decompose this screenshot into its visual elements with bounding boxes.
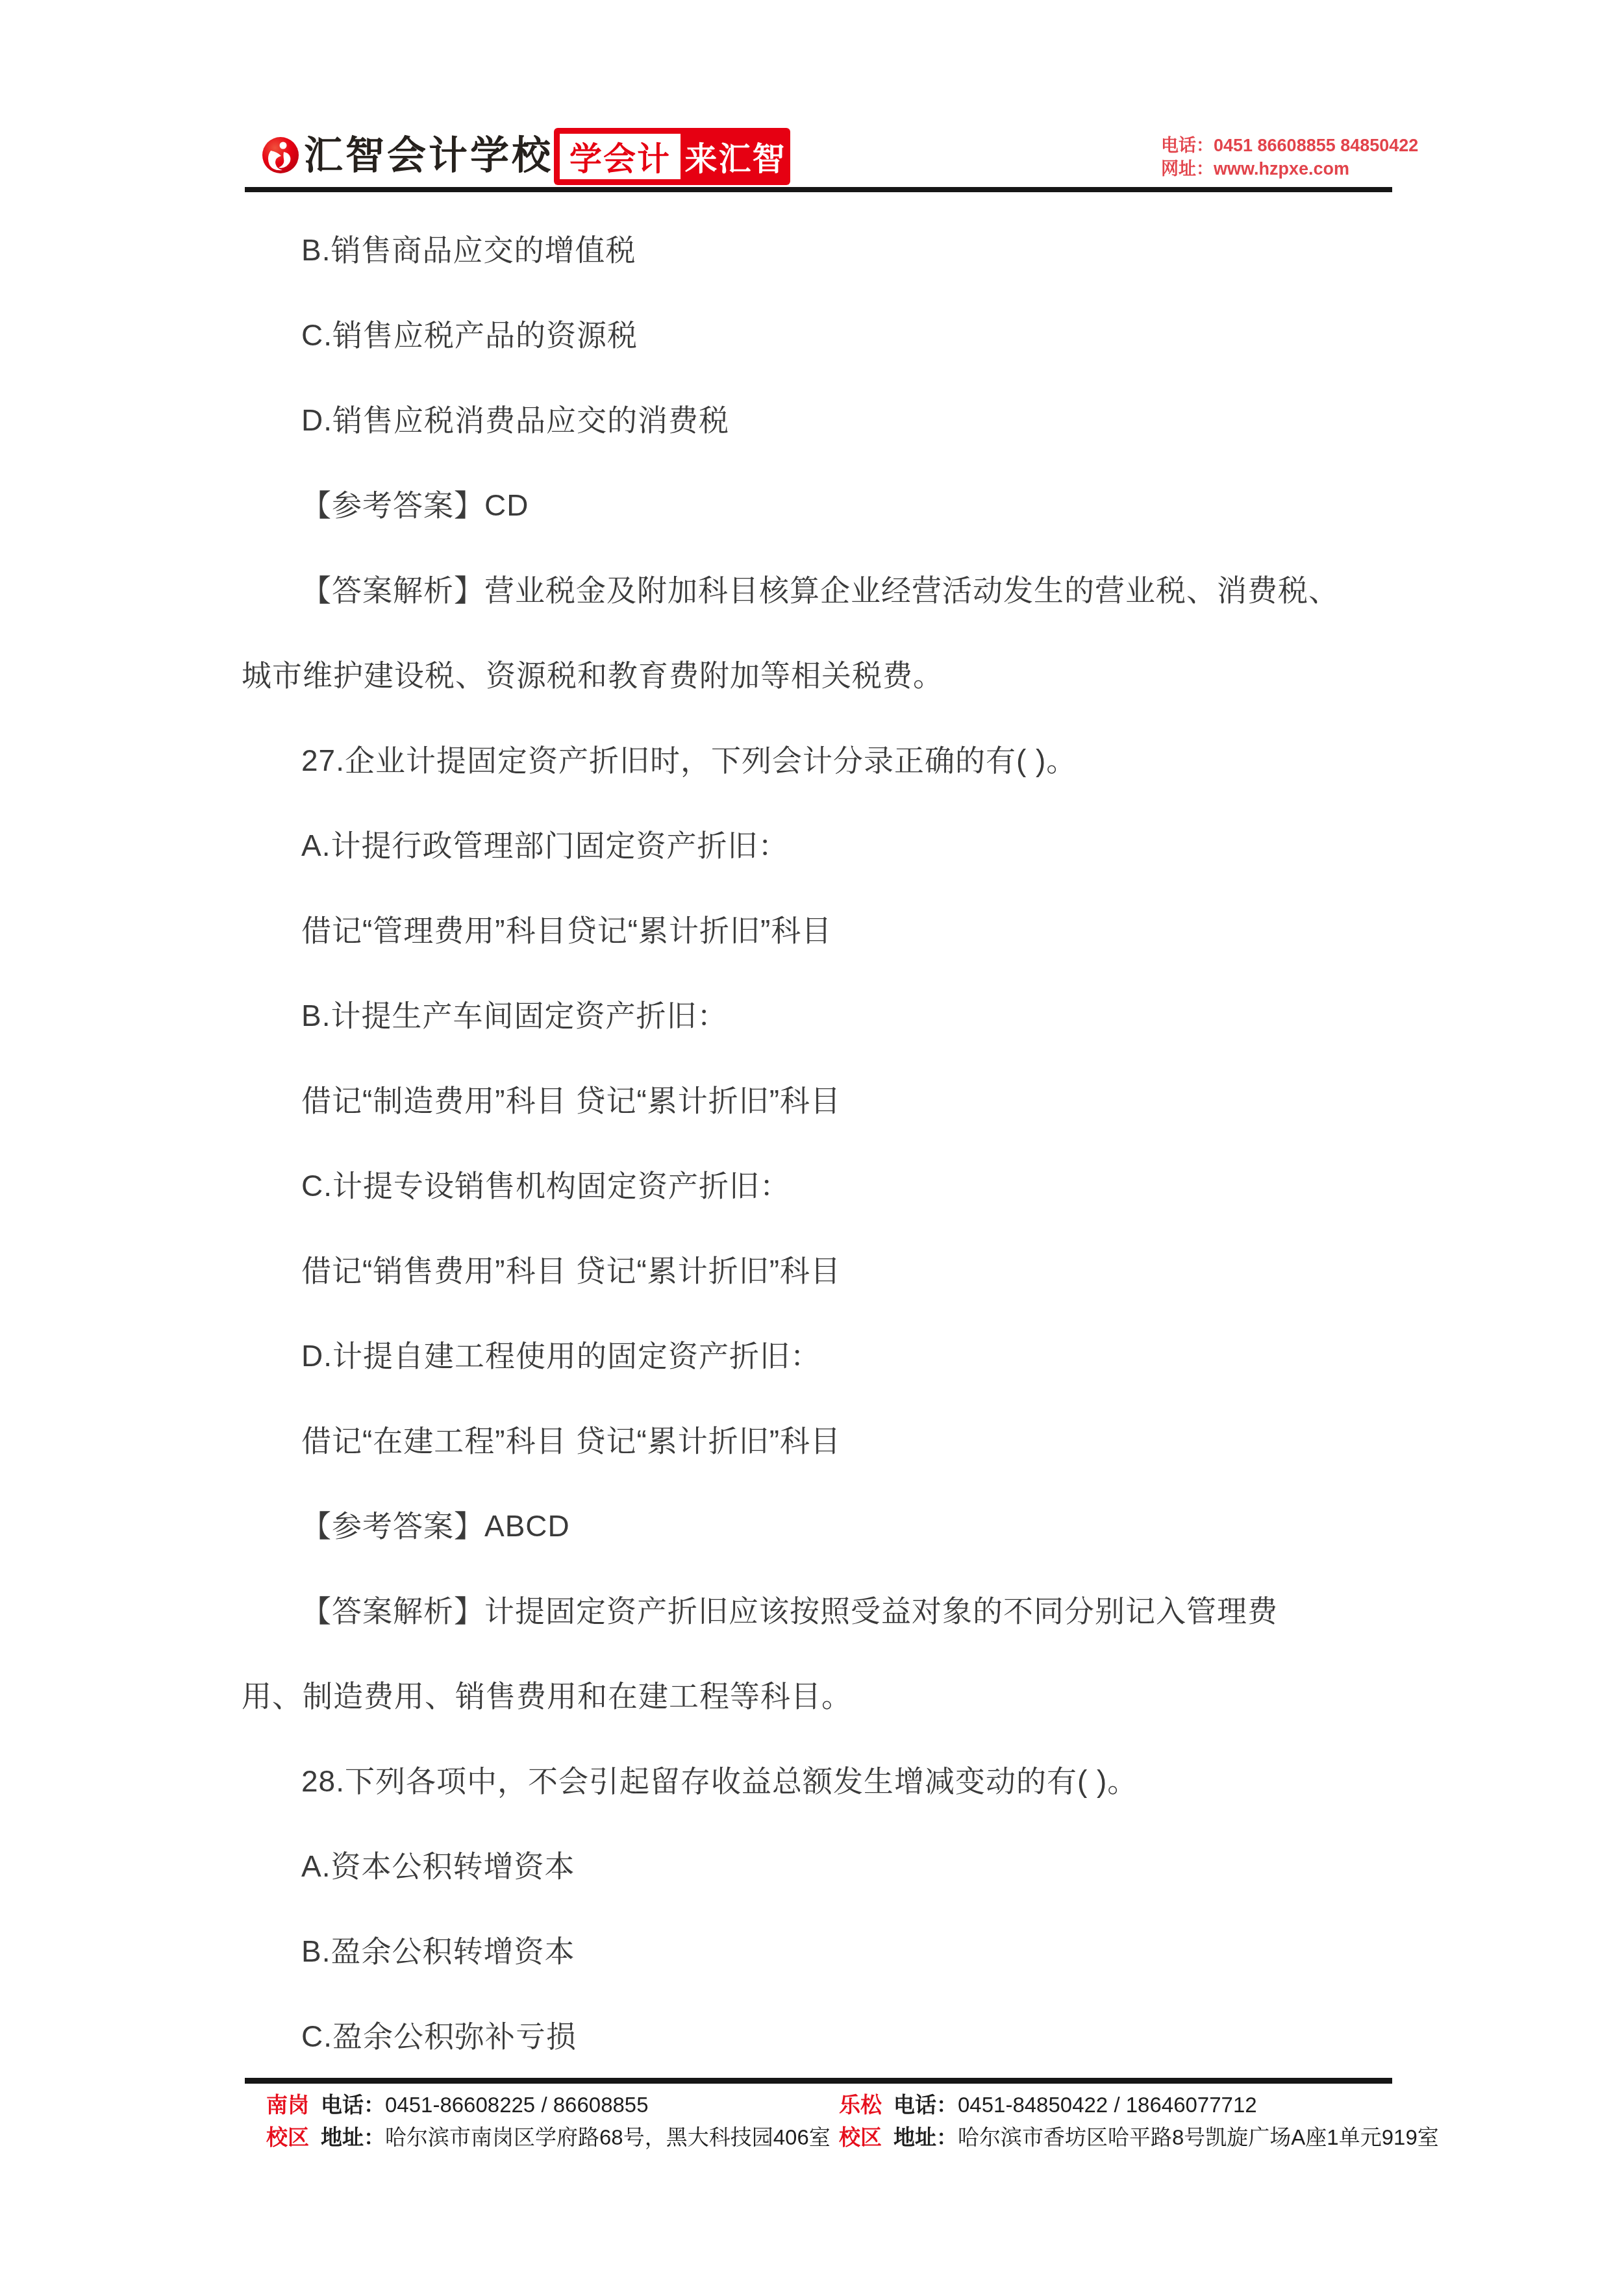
header-phone: 电话：0451 86608855 84850422 <box>1161 134 1418 157</box>
body-line: 借记“在建工程”科目 贷记“累计折旧”科目 <box>242 1399 1410 1484</box>
header-website: 网址：www.hzpxe.com <box>1161 157 1418 181</box>
body-line: 借记“管理费用”科目贷记“累计折旧”科目 <box>242 888 1410 973</box>
footer-campus-label: 校区 <box>839 2122 882 2153</box>
body-line: C.计提专设销售机构固定资产折旧： <box>242 1143 1410 1229</box>
body-line: D.销售应税消费品应交的消费税 <box>242 378 1410 463</box>
footer-campus-left: 南岗电话：0451-86608225 / 86608855校区地址：哈尔滨市南岗… <box>266 2090 831 2154</box>
footer-field-label: 地址： <box>893 2122 958 2153</box>
body-line: 【参考答案】ABCD <box>242 1484 1410 1569</box>
footer-field-value: 哈尔滨市南岗区学府路68号，黑大科技园406室 <box>385 2122 831 2153</box>
school-name: 汇智会计学校 <box>304 132 553 179</box>
exam-question-text: B.销售商品应交的增值税C.销售应税产品的资源税D.销售应税消费品应交的消费税【… <box>242 208 1410 2079</box>
footer-campus-label: 校区 <box>266 2122 309 2153</box>
body-line: D.计提自建工程使用的固定资产折旧： <box>242 1314 1410 1399</box>
body-line: 【答案解析】营业税金及附加科目核算企业经营活动发生的营业税、消费税、 <box>242 548 1410 633</box>
footer-field-label: 电话： <box>893 2090 958 2121</box>
footer-field-value: 0451-86608225 / 86608855 <box>385 2090 649 2121</box>
body-line: 借记“制造费用”科目 贷记“累计折旧”科目 <box>242 1058 1410 1143</box>
footer-row: 南岗电话：0451-86608225 / 86608855 <box>266 2090 831 2121</box>
footer-campus-label: 南岗 <box>266 2090 309 2121</box>
header-contact-info: 电话：0451 86608855 84850422 网址：www.hzpxe.c… <box>1161 134 1418 181</box>
footer-field-label: 地址： <box>321 2122 385 2153</box>
body-line: 【参考答案】CD <box>242 463 1410 548</box>
body-line: C.盈余公积弥补亏损 <box>242 1994 1410 2079</box>
body-line: 27.企业计提固定资产折旧时，下列会计分录正确的有( )。 <box>242 718 1410 803</box>
footer-field-value: 哈尔滨市香坊区哈平路8号凯旋广场A座1单元919室 <box>958 2122 1439 2153</box>
slogan-badge-left: 学会计 <box>560 134 681 179</box>
document-page: 汇智会计学校 学会计 来汇智 电话：0451 86608855 84850422… <box>0 0 1624 2296</box>
footer-field-label: 电话： <box>321 2090 385 2121</box>
body-line: A.资本公积转增资本 <box>242 1824 1410 1909</box>
footer-row: 乐松电话：0451-84850422 / 18646077712 <box>839 2090 1439 2121</box>
header-divider <box>245 187 1392 192</box>
body-line: 28.下列各项中，不会引起留存收益总额发生增减变动的有( )。 <box>242 1739 1410 1824</box>
body-line: 【答案解析】计提固定资产折旧应该按照受益对象的不同分别记入管理费 <box>242 1569 1410 1654</box>
body-line: B.销售商品应交的增值税 <box>242 208 1410 293</box>
body-line: B.计提生产车间固定资产折旧： <box>242 973 1410 1058</box>
slogan-badge-right: 来汇智 <box>681 128 790 185</box>
body-line: A.计提行政管理部门固定资产折旧： <box>242 803 1410 888</box>
slogan-badge: 学会计 来汇智 <box>554 128 790 185</box>
body-line: 用、制造费用、销售费用和在建工程等科目。 <box>242 1654 1410 1739</box>
body-line: 城市维护建设税、资源税和教育费附加等相关税费。 <box>242 633 1410 718</box>
footer-row: 校区地址：哈尔滨市南岗区学府路68号，黑大科技园406室 <box>266 2122 831 2153</box>
school-logo-icon <box>262 136 299 174</box>
body-line: B.盈余公积转增资本 <box>242 1909 1410 1994</box>
footer-campus-label: 乐松 <box>839 2090 882 2121</box>
footer-field-value: 0451-84850422 / 18646077712 <box>958 2090 1257 2121</box>
footer-row: 校区地址：哈尔滨市香坊区哈平路8号凯旋广场A座1单元919室 <box>839 2122 1439 2153</box>
body-line: 借记“销售费用”科目 贷记“累计折旧”科目 <box>242 1229 1410 1314</box>
footer-divider <box>245 2078 1392 2084</box>
body-line: C.销售应税产品的资源税 <box>242 293 1410 378</box>
footer-campus-right: 乐松电话：0451-84850422 / 18646077712校区地址：哈尔滨… <box>839 2090 1439 2154</box>
